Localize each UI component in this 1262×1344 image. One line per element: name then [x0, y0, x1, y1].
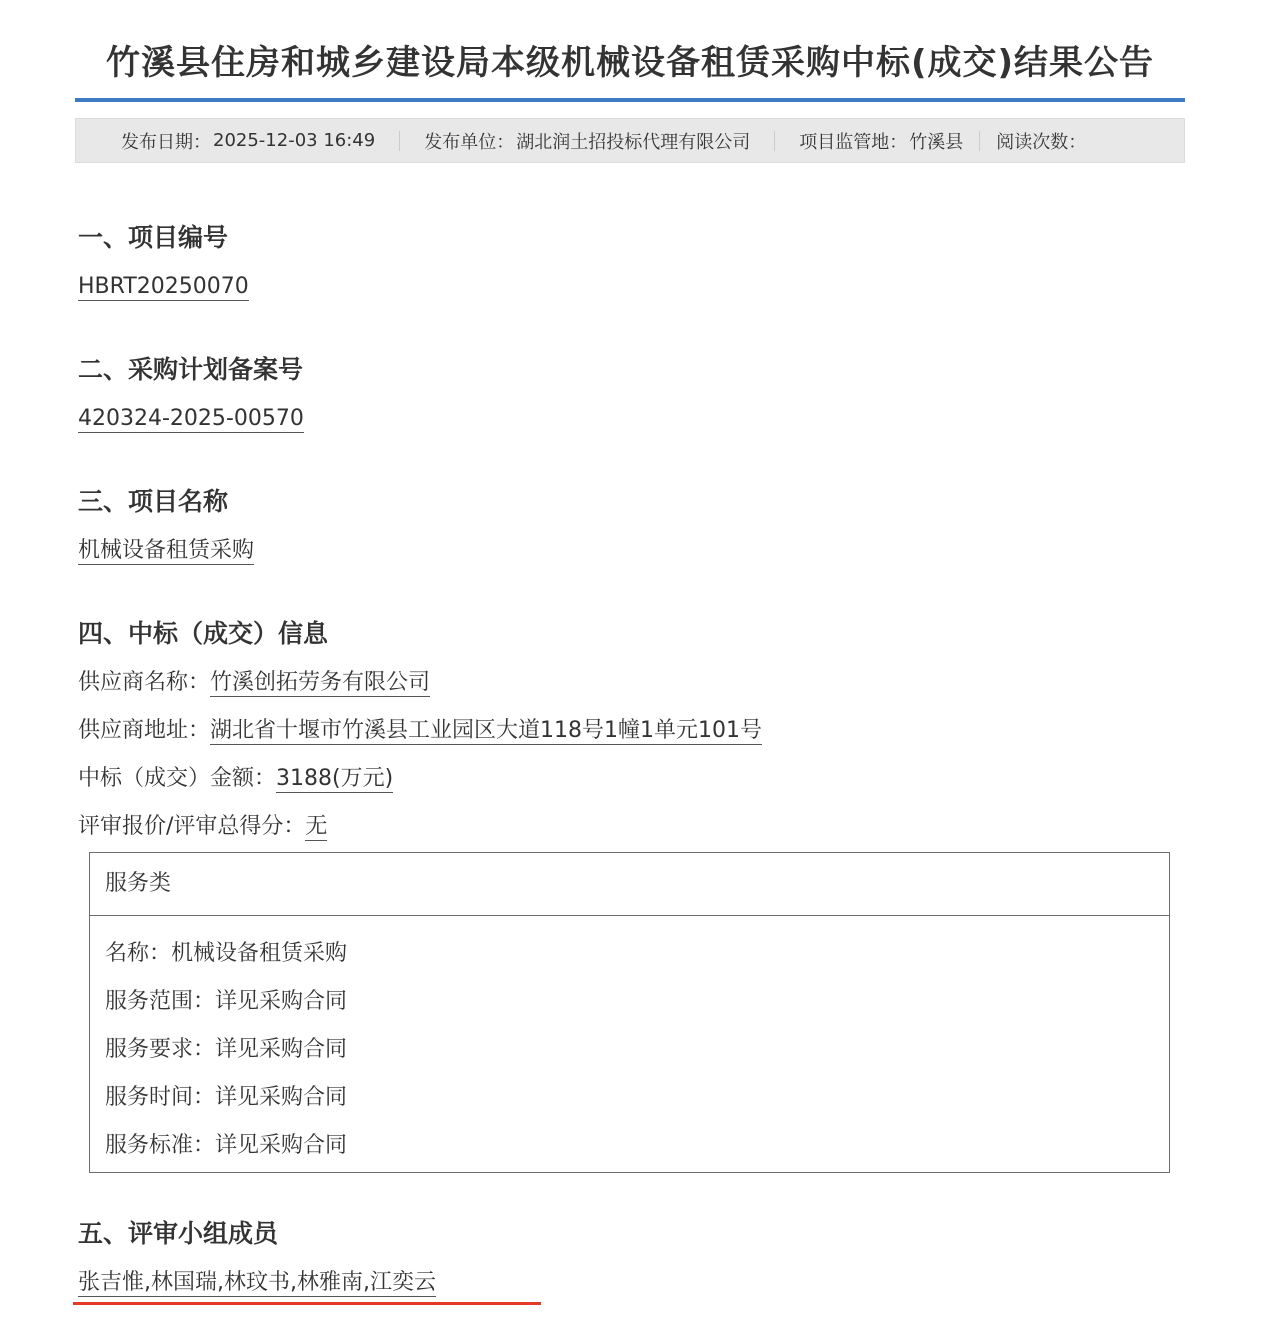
- supervision-label: 项目监管地：: [799, 128, 907, 154]
- service-row: 服务范围：详见采购合同: [105, 978, 1169, 1026]
- plan-number-line: 420324-2025-00570: [78, 403, 304, 435]
- section-heading-award-info: 四、中标（成交）信息: [78, 617, 328, 651]
- publish-date-value: 2025-12-03 16:49: [213, 130, 375, 151]
- project-number-line: HBRT20250070: [78, 271, 249, 303]
- plan-number-value: 420324-2025-00570: [78, 406, 304, 433]
- meta-views: 阅读次数：: [996, 128, 1088, 154]
- service-row: 服务标准：详见采购合同: [105, 1122, 1169, 1170]
- publisher-label: 发布单位：: [424, 128, 514, 154]
- supervision-value: 竹溪县: [909, 128, 963, 154]
- field-review-score: 评审报价/评审总得分：无: [78, 811, 327, 843]
- project-name-line: 机械设备租赁采购: [78, 535, 254, 567]
- service-row: 服务要求：详见采购合同: [105, 1026, 1169, 1074]
- field-supplier-address: 供应商地址：湖北省十堰市竹溪县工业园区大道118号1幢1单元101号: [78, 715, 762, 747]
- service-row-value: 详见采购合同: [215, 989, 347, 1014]
- review-panel-line: 张吉惟,林国瑞,林玟书,林雅南,江奕云: [78, 1267, 436, 1299]
- views-label: 阅读次数：: [996, 128, 1086, 154]
- project-number-value: HBRT20250070: [78, 274, 249, 301]
- field-label: 供应商地址：: [78, 718, 210, 743]
- service-row-value: 详见采购合同: [215, 1085, 347, 1110]
- service-row-label: 服务时间：: [105, 1085, 215, 1110]
- meta-separator: [774, 131, 775, 151]
- meta-supervision: 项目监管地： 竹溪县: [799, 128, 963, 154]
- section-heading-project-name: 三、项目名称: [78, 485, 228, 519]
- meta-bar: 发布日期： 2025-12-03 16:49 发布单位： 湖北润土招投标代理有限…: [75, 118, 1185, 163]
- field-label: 中标（成交）金额：: [78, 766, 276, 791]
- service-row-label: 服务范围：: [105, 989, 215, 1014]
- service-table: 服务类 名称：机械设备租赁采购 服务范围：详见采购合同 服务要求：详见采购合同 …: [89, 852, 1170, 1173]
- title-divider: [75, 98, 1185, 102]
- supplier-address-value: 湖北省十堰市竹溪县工业园区大道118号1幢1单元101号: [210, 718, 762, 745]
- section-heading-review-panel: 五、评审小组成员: [78, 1217, 278, 1251]
- service-category: 服务类: [90, 853, 1169, 916]
- publisher-value: 湖北润土招投标代理有限公司: [516, 128, 750, 154]
- section-heading-project-number: 一、项目编号: [78, 221, 228, 255]
- section-heading-plan-number: 二、采购计划备案号: [78, 353, 303, 387]
- supplier-name-value: 竹溪创拓劳务有限公司: [210, 670, 430, 697]
- annotation-underline: [73, 1302, 541, 1305]
- service-row: 名称：机械设备租赁采购: [105, 930, 1169, 978]
- service-row-value: 详见采购合同: [215, 1037, 347, 1062]
- field-supplier-name: 供应商名称：竹溪创拓劳务有限公司: [78, 667, 430, 699]
- publish-date-label: 发布日期：: [121, 128, 211, 154]
- page-title: 竹溪县住房和城乡建设局本级机械设备租赁采购中标(成交)结果公告: [75, 37, 1185, 89]
- field-label: 评审报价/评审总得分：: [78, 814, 305, 839]
- meta-publish-date: 发布日期： 2025-12-03 16:49: [121, 128, 375, 154]
- project-name-value: 机械设备租赁采购: [78, 538, 254, 565]
- meta-publisher: 发布单位： 湖北润土招投标代理有限公司: [424, 128, 750, 154]
- service-row-label: 服务要求：: [105, 1037, 215, 1062]
- service-row-label: 名称：: [105, 941, 171, 966]
- service-row: 服务时间：详见采购合同: [105, 1074, 1169, 1122]
- field-award-amount: 中标（成交）金额：3188(万元): [78, 763, 393, 795]
- service-row-label: 服务标准：: [105, 1133, 215, 1158]
- service-row-value: 详见采购合同: [215, 1133, 347, 1158]
- award-amount-value: 3188(万元): [276, 766, 393, 793]
- field-label: 供应商名称：: [78, 670, 210, 695]
- meta-separator: [399, 131, 400, 151]
- service-row-value: 机械设备租赁采购: [171, 941, 347, 966]
- review-panel-members: 张吉惟,林国瑞,林玟书,林雅南,江奕云: [78, 1270, 436, 1297]
- review-score-value: 无: [305, 814, 327, 841]
- service-rows: 名称：机械设备租赁采购 服务范围：详见采购合同 服务要求：详见采购合同 服务时间…: [90, 916, 1169, 1170]
- meta-separator: [979, 131, 980, 151]
